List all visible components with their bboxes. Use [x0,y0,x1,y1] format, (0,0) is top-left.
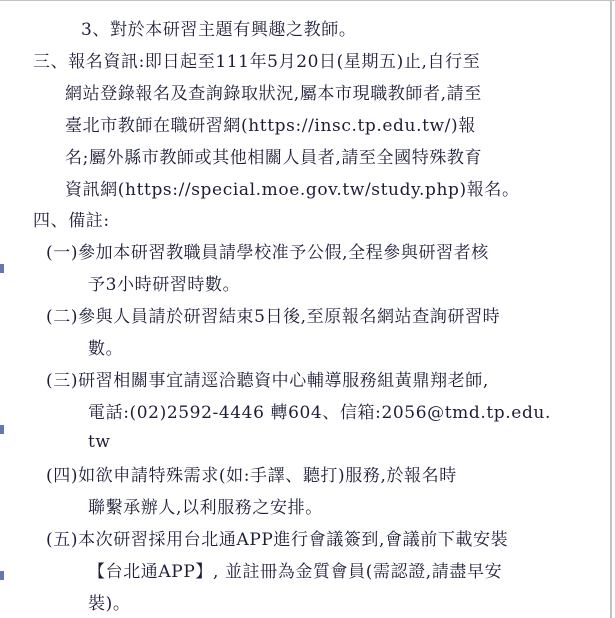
text-line: (五)本次研習採用台北通APP進行會議簽到,會議前下載安裝 [0,522,608,554]
text-line: 【台北通APP】, 並註冊為金質會員(需認證,請盡早安 [0,553,608,585]
text-line: 予3小時研習時數。 [0,267,608,299]
text-line: 3、對於本研習主題有興趣之教師。 [0,12,608,44]
document-text-block: 3、對於本研習主題有興趣之教師。三、報名資訊:即日起至111年5月20日(星期五… [0,12,608,617]
text-line: 臺北市教師在職研習網(https://insc.tp.edu.tw/)報 [0,108,608,140]
left-edge-artifact [0,425,4,434]
left-edge-artifact [0,264,4,273]
text-line: 裝)。 [0,585,608,617]
text-line: (二)參與人員請於研習結束5日後,至原報名網站查詢研習時 [0,299,608,331]
document-page: 3、對於本研習主題有興趣之教師。三、報名資訊:即日起至111年5月20日(星期五… [0,0,615,618]
text-line: 四、備註: [0,203,608,235]
text-line: (三)研習相關事宜請逕洽聽資中心輔導服務組黃鼎翔老師, [0,362,608,394]
left-edge-artifact [0,571,4,580]
text-line: 聯繫承辦人,以利服務之安排。 [0,490,608,522]
text-line: (四)如欲申請特殊需求(如:手譯、聽打)服務,於報名時 [0,458,608,490]
text-line: (一)參加本研習教職員請學校准予公假,全程參與研習者核 [0,235,608,267]
text-line: tw [0,426,608,458]
text-line: 網站登錄報名及查詢錄取狀況,屬本市現職教師者,請至 [0,76,608,108]
text-line: 數。 [0,330,608,362]
text-line: 三、報名資訊:即日起至111年5月20日(星期五)止,自行至 [0,44,608,76]
text-line: 電話:(02)2592-4446 轉604、信箱:2056@tmd.tp.edu… [0,394,608,426]
text-line: 名;屬外縣市教師或其他相關人員者,請至全國特殊教育 [0,139,608,171]
text-line: 資訊網(https://special.moe.gov.tw/study.php… [0,171,608,203]
page-right-edge-line [610,1,612,618]
